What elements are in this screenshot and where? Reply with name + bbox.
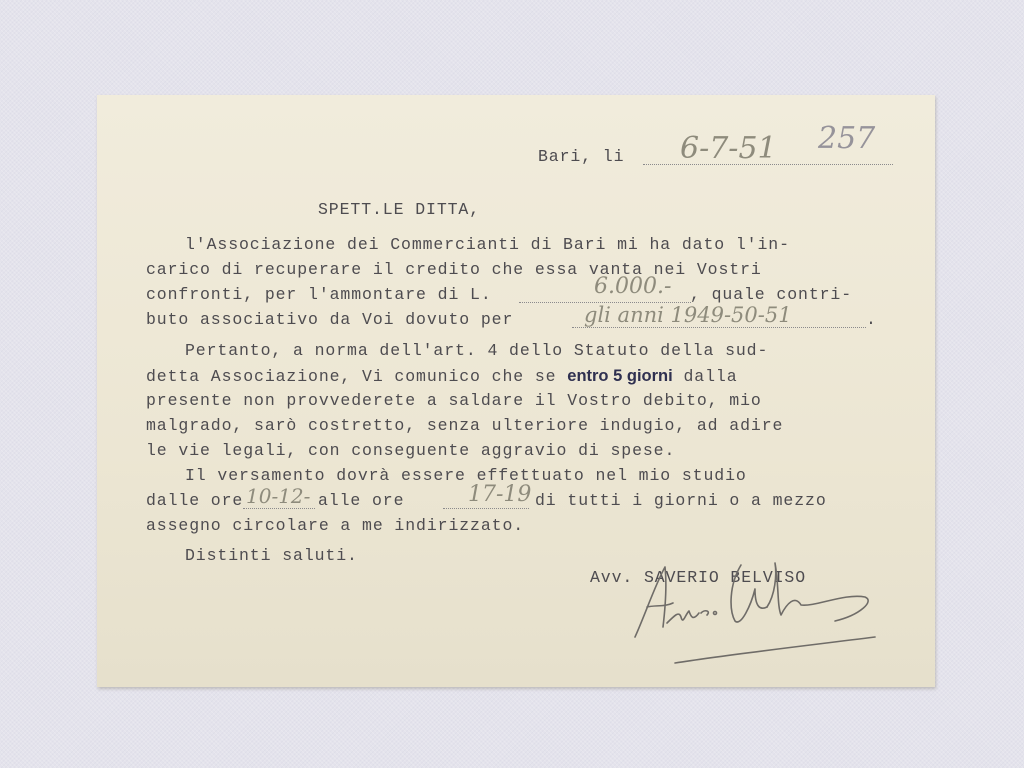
hours-from-handwritten: 10-12- (246, 486, 310, 506)
p3-line2-a: dalle ore (146, 493, 243, 510)
p3-line1: Il versamento dovrà essere effettuato ne… (185, 468, 747, 485)
hours-to-handwritten: 17-19 (468, 484, 531, 506)
p1-line3-after: , quale contri- (690, 287, 852, 304)
period-line (572, 327, 866, 328)
p2-line3: presente non provvederete a saldare il V… (146, 393, 762, 410)
deadline-emphasis: entro 5 giorni (567, 367, 672, 385)
p3-line2-c: di tutti i giorni o a mezzo (535, 493, 827, 510)
hours-from-line (243, 508, 315, 509)
hours-to-line (443, 508, 529, 509)
p3-line2-b: alle ore (318, 493, 404, 510)
reference-number-handwritten: 257 (818, 124, 875, 154)
closing: Distinti saluti. (185, 548, 358, 565)
amount-handwritten: 6.000.- (594, 276, 671, 298)
place-label: Bari, li (538, 149, 624, 166)
period-handwritten: gli anni 1949-50-51 (584, 305, 792, 326)
p1-line4-after: . (866, 312, 877, 329)
p1-line4-before: buto associativo da Voi dovuto per (146, 312, 513, 329)
signature (625, 555, 885, 670)
date-handwritten: 6-7-51 (680, 134, 777, 164)
p2-line2-after: dalla (673, 367, 738, 386)
p2-line2: detta Associazione, Vi comunico che se e… (146, 368, 738, 386)
salutation: SPETT.LE DITTA, (318, 202, 480, 219)
p2-line5: le vie legali, con conseguente aggravio … (146, 443, 675, 460)
p2-line1: Pertanto, a norma dell'art. 4 dello Stat… (185, 343, 768, 360)
p3-line3: assegno circolare a me indirizzato. (146, 518, 524, 535)
p2-line4: malgrado, sarò costretto, senza ulterior… (146, 418, 783, 435)
p2-line2-before: detta Associazione, Vi comunico che se (146, 367, 567, 386)
p1-line1: l'Associazione dei Commercianti di Bari … (185, 237, 790, 254)
p1-line3-before: confronti, per l'ammontare di L. (146, 287, 492, 304)
